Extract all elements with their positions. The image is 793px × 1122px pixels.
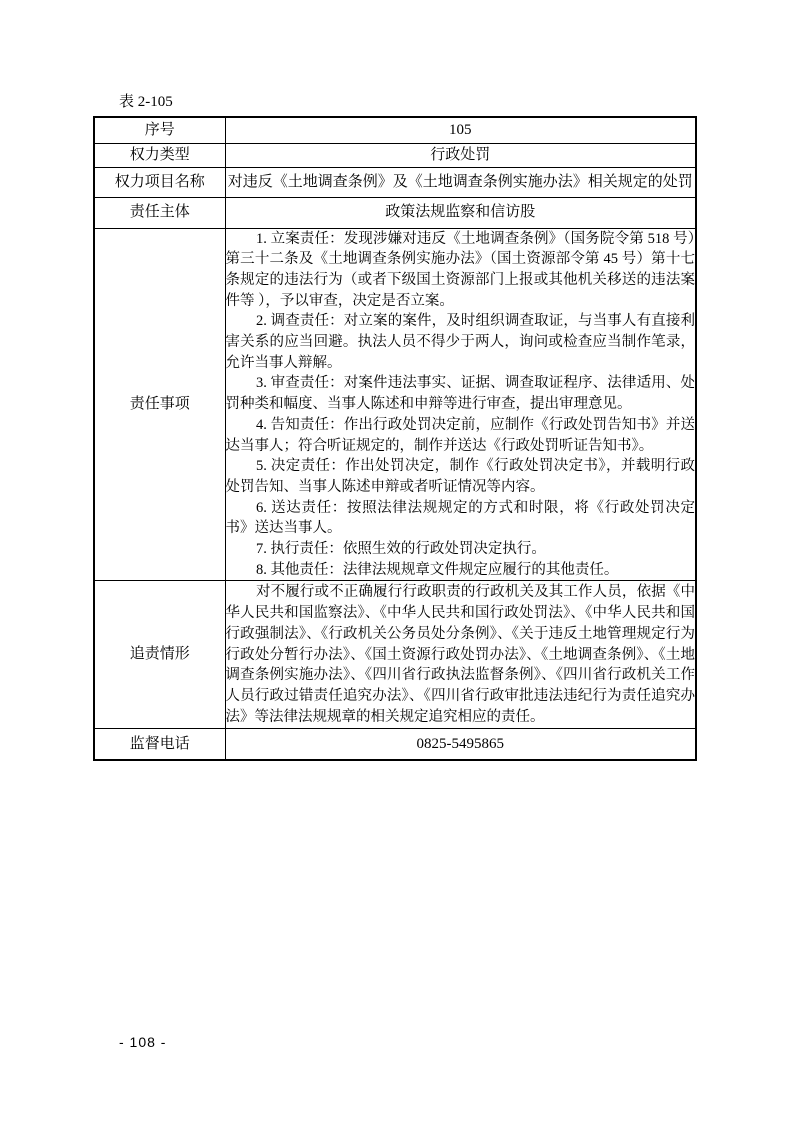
row-label-accountability: 追责情形: [94, 581, 225, 729]
row-label-power-type: 权力类型: [94, 143, 225, 167]
power-item-table: 序号 105 权力类型 行政处罚 权力项目名称 对违反《土地调查条例》及《土地调…: [93, 116, 697, 761]
duty-item-8: 8. 其他责任：法律法规规章文件规定应履行的其他责任。: [226, 560, 696, 581]
table-row-sequence: 序号 105: [94, 117, 696, 143]
duty-item-7: 7. 执行责任：依照生效的行政处罚决定执行。: [226, 539, 696, 560]
duty-item-3: 3. 审查责任：对案件违法事实、证据、调查取证程序、法律适用、处罚种类和幅度、当…: [226, 373, 696, 414]
table-row-project-name: 权力项目名称 对违反《土地调查条例》及《土地调查条例实施办法》相关规定的处罚: [94, 167, 696, 197]
accountability-paragraph: 对不履行或不正确履行行政职责的行政机关及其工作人员，依据《中华人民共和国监察法》…: [226, 582, 696, 727]
table-row-responsible-body: 责任主体 政策法规监察和信访股: [94, 197, 696, 228]
document-page: 表 2-105 序号 105 权力类型 行政处罚 权力项目名称 对违反《土地调查…: [0, 0, 793, 1122]
duty-item-4: 4. 告知责任：作出行政处罚决定前，应制作《行政处罚告知书》并送达当事人；符合听…: [226, 415, 696, 456]
row-value-responsible-body: 政策法规监察和信访股: [225, 197, 696, 228]
row-label-responsible-body: 责任主体: [94, 197, 225, 228]
row-value-sequence: 105: [225, 117, 696, 143]
duty-item-5: 5. 决定责任：作出处罚决定，制作《行政处罚决定书》，并载明行政处罚告知、当事人…: [226, 456, 696, 497]
row-value-duty-items: 1. 立案责任：发现涉嫌对违反《土地调查条例》（国务院令第 518 号）第三十二…: [225, 228, 696, 581]
row-value-project-name: 对违反《土地调查条例》及《土地调查条例实施办法》相关规定的处罚: [225, 167, 696, 197]
table-row-power-type: 权力类型 行政处罚: [94, 143, 696, 167]
row-label-duty-items: 责任事项: [94, 228, 225, 581]
duty-item-2: 2. 调查责任：对立案的案件，及时组织调查取证，与当事人有直接利害关系的应当回避…: [226, 311, 696, 373]
row-value-accountability: 对不履行或不正确履行行政职责的行政机关及其工作人员，依据《中华人民共和国监察法》…: [225, 581, 696, 729]
row-value-supervision-phone: 0825-5495865: [225, 729, 696, 760]
table-row-duty-items: 责任事项 1. 立案责任：发现涉嫌对违反《土地调查条例》（国务院令第 518 号…: [94, 228, 696, 581]
table-label: 表 2-105: [119, 92, 173, 112]
row-value-power-type: 行政处罚: [225, 143, 696, 167]
duty-item-1: 1. 立案责任：发现涉嫌对违反《土地调查条例》（国务院令第 518 号）第三十二…: [226, 229, 696, 312]
row-label-supervision-phone: 监督电话: [94, 729, 225, 760]
table-row-supervision-phone: 监督电话 0825-5495865: [94, 729, 696, 760]
page-number: - 108 -: [119, 1034, 166, 1050]
table-row-accountability: 追责情形 对不履行或不正确履行行政职责的行政机关及其工作人员，依据《中华人民共和…: [94, 581, 696, 729]
duty-item-6: 6. 送达责任：按照法律法规规定的方式和时限，将《行政处罚决定书》送达当事人。: [226, 498, 696, 539]
row-label-sequence: 序号: [94, 117, 225, 143]
row-label-project-name: 权力项目名称: [94, 167, 225, 197]
